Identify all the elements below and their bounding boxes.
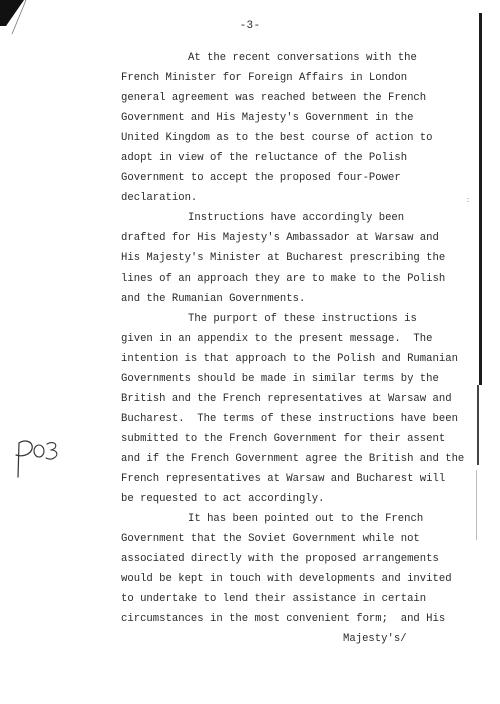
- paragraph-3-line-6: Bucharest. The terms of these instructio…: [121, 409, 466, 429]
- paragraph-3-line-5: British and the French representatives a…: [121, 389, 466, 409]
- paragraph-1-line-2: French Minister for Foreign Affairs in L…: [121, 68, 466, 88]
- stray-mark: :: [466, 197, 470, 205]
- paragraph-1-line-4: Government and His Majesty's Government …: [121, 108, 466, 128]
- paragraph-1-line-6: adopt in view of the reluctance of the P…: [121, 148, 466, 168]
- paragraph-3-line-8: and if the French Government agree the B…: [121, 449, 466, 469]
- catchword: Majesty's/: [121, 629, 466, 649]
- page-number: -3-: [0, 20, 500, 32]
- binding-edge-line-thin: [477, 385, 479, 465]
- paragraph-3-line-4: Governments should be made in similar te…: [121, 369, 466, 389]
- paragraph-4-line-6: circumstances in the most convenient for…: [121, 609, 466, 629]
- paragraph-4-line-4: would be kept in touch with developments…: [121, 569, 466, 589]
- paragraph-3-line-10: be requested to act accordingly.: [121, 489, 466, 509]
- paragraph-4-line-1: It has been pointed out to the French: [121, 509, 466, 529]
- paragraph-1-line-5: United Kingdom as to the best course of …: [121, 128, 466, 148]
- paragraph-4-line-5: to undertake to lend their assistance in…: [121, 589, 466, 609]
- paragraph-2-line-5: and the Rumanian Governments.: [121, 289, 466, 309]
- paragraph-4-line-2: Government that the Soviet Government wh…: [121, 529, 466, 549]
- paragraph-3-line-7: submitted to the French Government for t…: [121, 429, 466, 449]
- paragraph-1-line-1: At the recent conversations with the: [121, 48, 466, 68]
- paragraph-2-line-2: drafted for His Majesty's Ambassador at …: [121, 228, 466, 248]
- handwritten-folio-annotation: P03: [10, 437, 62, 479]
- paragraph-3-line-3: intention is that approach to the Polish…: [121, 349, 466, 369]
- binding-edge-line: [479, 13, 482, 385]
- paragraph-3-line-9: French representatives at Warsaw and Buc…: [121, 469, 466, 489]
- paragraph-4-line-3: associated directly with the proposed ar…: [121, 549, 466, 569]
- paragraph-2-line-4: lines of an approach they are to make to…: [121, 269, 466, 289]
- paragraph-3-line-1: The purport of these instructions is: [121, 309, 466, 329]
- paragraph-1-line-8: declaration.: [121, 188, 466, 208]
- paragraph-2-line-3: His Majesty's Minister at Bucharest pres…: [121, 248, 466, 268]
- paragraph-2-line-1: Instructions have accordingly been: [121, 208, 466, 228]
- paragraph-1-line-7: Government to accept the proposed four-P…: [121, 168, 466, 188]
- document-body: At the recent conversations with the Fre…: [121, 48, 466, 649]
- binding-edge-line-faint: [476, 470, 477, 540]
- paragraph-1-line-3: general agreement was reached between th…: [121, 88, 466, 108]
- paragraph-3-line-2: given in an appendix to the present mess…: [121, 329, 466, 349]
